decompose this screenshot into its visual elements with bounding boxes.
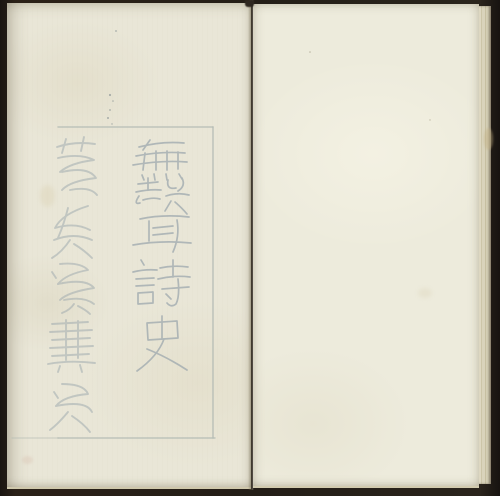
right-page-blank	[253, 4, 479, 488]
book-scan	[0, 0, 500, 496]
page-fore-edge-stack	[479, 6, 491, 484]
left-page-title	[7, 3, 251, 489]
gutter-top-notch	[245, 0, 254, 7]
page-gutter	[248, 0, 254, 490]
